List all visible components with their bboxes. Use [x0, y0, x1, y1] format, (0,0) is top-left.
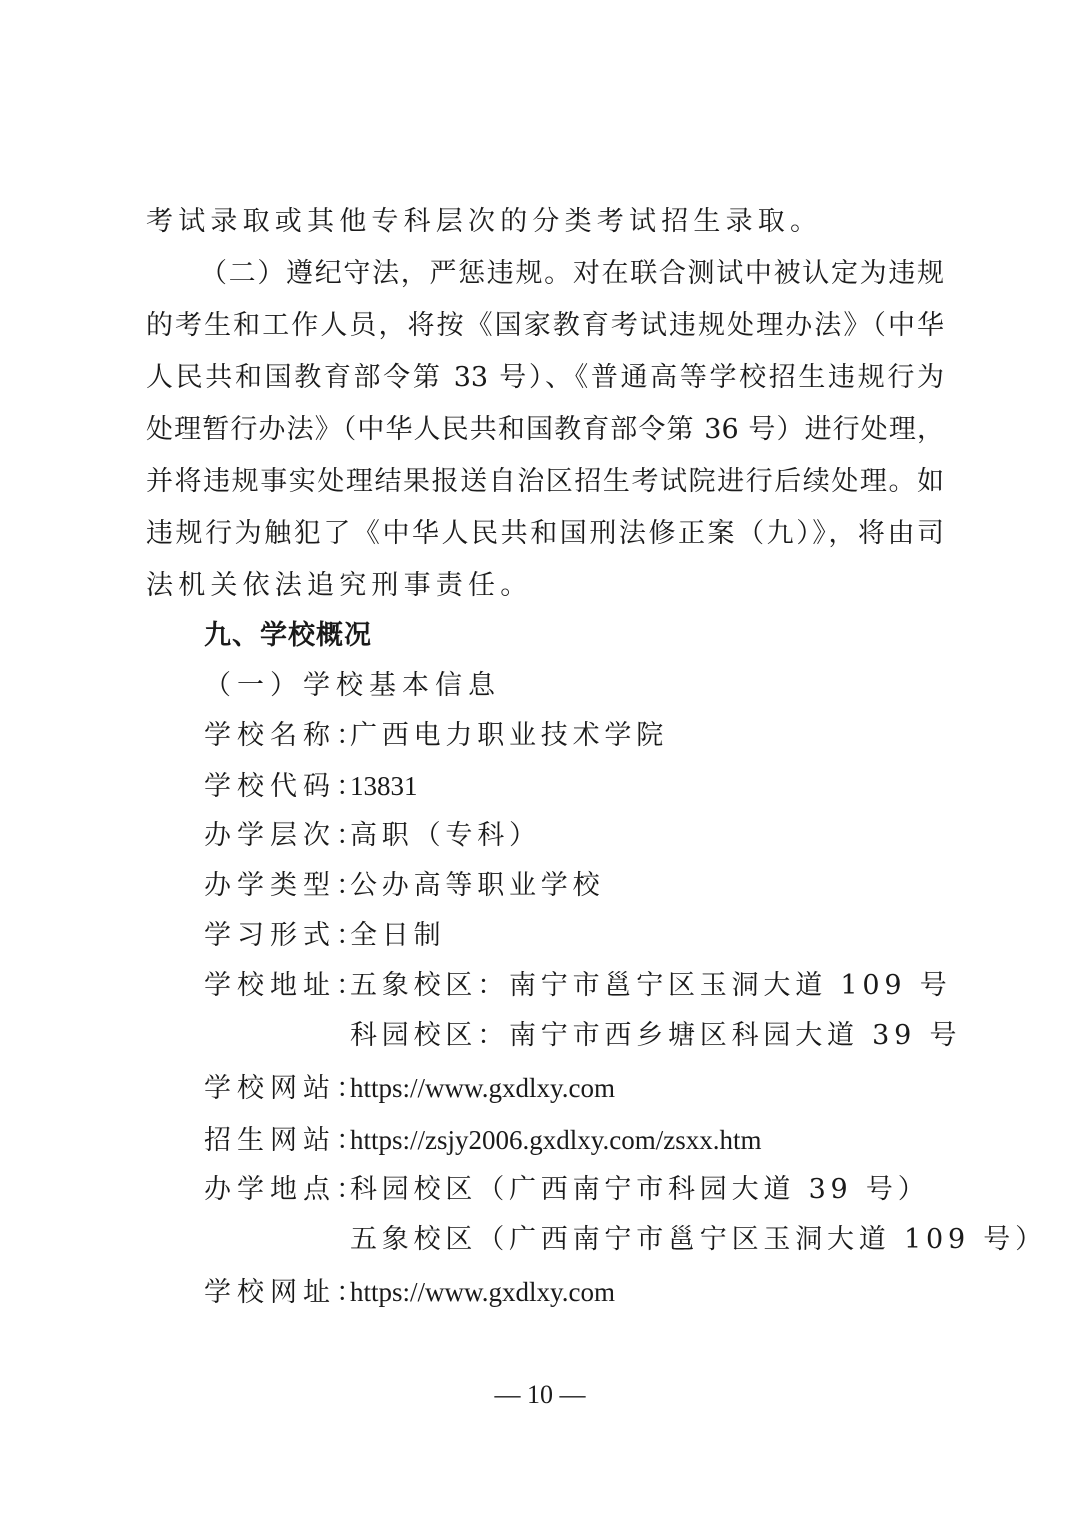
- field-value: 广西电力职业技术学院: [350, 719, 668, 753]
- field-label: 学校网址：: [204, 1276, 350, 1310]
- field-admission-website: 招生网站：https://zsjy2006.gxdlxy.com/zsxx.ht…: [204, 1123, 762, 1158]
- field-label: 学习形式：: [204, 919, 350, 953]
- paragraph-line: 考试录取或其他专科层次的分类考试招生录取。: [146, 205, 946, 239]
- field-school-level: 办学层次：高职（专科）: [204, 819, 541, 853]
- field-school-address-continued: 科园校区：南宁市西乡塘区科园大道 39 号: [350, 1019, 961, 1053]
- paragraph-line: 并将违规事实处理结果报送自治区招生考试院进行后续处理。如: [146, 465, 944, 499]
- paragraph-line: 的考生和工作人员，将按《国家教育考试违规处理办法》（中华: [146, 309, 944, 343]
- field-label: 学校网站：: [204, 1072, 350, 1106]
- web-address-link[interactable]: https://www.gxdlxy.com: [350, 1275, 615, 1309]
- field-label: 学校代码：: [204, 770, 350, 804]
- admission-website-link[interactable]: https://zsjy2006.gxdlxy.com/zsxx.htm: [350, 1123, 762, 1157]
- field-school-name: 学校名称：广西电力职业技术学院: [204, 719, 668, 753]
- field-label: 办学类型：: [204, 869, 350, 903]
- paragraph-line: 违规行为触犯了《中华人民共和国刑法修正案（九）》，将由司: [146, 517, 944, 551]
- field-study-form: 学习形式：全日制: [204, 919, 445, 953]
- field-value: 全日制: [350, 919, 445, 953]
- field-campus-locations-continued: 五象校区（广西南宁市邕宁区玉洞大道 109 号）: [350, 1223, 1047, 1257]
- field-school-code: 学校代码：13831: [204, 769, 418, 804]
- field-value: 公办高等职业学校: [350, 869, 604, 903]
- page-number: — 10 —: [0, 1380, 1080, 1410]
- section-heading: 九、学校概况: [204, 619, 1004, 653]
- field-value: 高职（专科）: [350, 819, 541, 853]
- field-school-website: 学校网站：https://www.gxdlxy.com: [204, 1071, 615, 1106]
- field-value: 13831: [350, 769, 418, 803]
- field-campus-locations: 办学地点：科园校区（广西南宁市科园大道 39 号）: [204, 1173, 930, 1207]
- field-school-address: 学校地址：五象校区：南宁市邕宁区玉洞大道 109 号: [204, 969, 952, 1003]
- field-label: 学校名称：: [204, 719, 350, 753]
- field-school-web-address: 学校网址：https://www.gxdlxy.com: [204, 1275, 615, 1310]
- paragraph-line: （二）遵纪守法，严惩违规。对在联合测试中被认定为违规: [200, 257, 944, 291]
- field-label: 招生网站：: [204, 1124, 350, 1158]
- document-page: 考试录取或其他专科层次的分类考试招生录取。 （二）遵纪守法，严惩违规。对在联合测…: [0, 0, 1080, 1527]
- field-label: 学校地址：: [204, 969, 350, 1003]
- subsection-heading: （一）学校基本信息: [204, 669, 1004, 703]
- field-value: 五象校区：南宁市邕宁区玉洞大道 109 号: [350, 969, 952, 1003]
- field-school-type: 办学类型：公办高等职业学校: [204, 869, 604, 903]
- paragraph-line: 人民共和国教育部令第 33 号）、《普通高等学校招生违规行为: [146, 361, 944, 395]
- field-label: 办学地点：: [204, 1173, 350, 1207]
- website-link[interactable]: https://www.gxdlxy.com: [350, 1071, 615, 1105]
- paragraph-line: 法机关依法追究刑事责任。: [146, 569, 946, 603]
- paragraph-line: 处理暂行办法》（中华人民共和国教育部令第 36 号）进行处理，: [146, 413, 944, 447]
- field-label: 办学层次：: [204, 819, 350, 853]
- field-value: 科园校区（广西南宁市科园大道 39 号）: [350, 1173, 930, 1207]
